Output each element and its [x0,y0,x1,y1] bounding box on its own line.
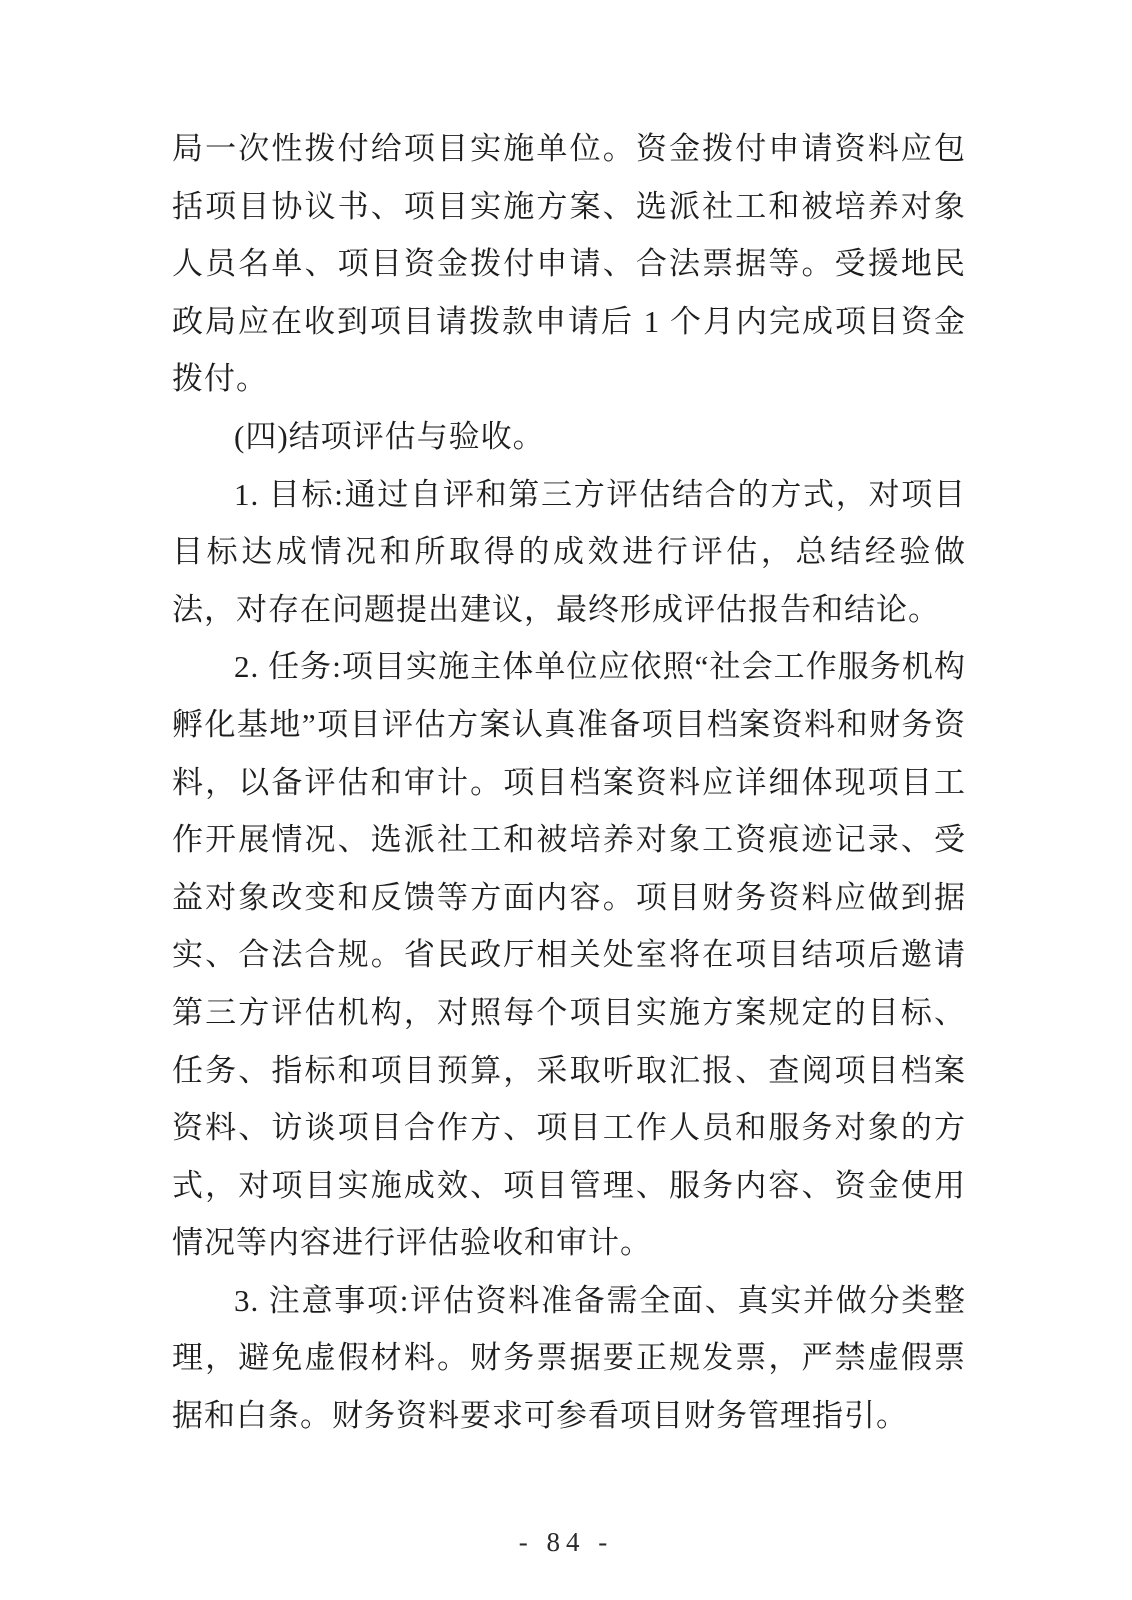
page-number: - 84 - [0,1527,1132,1558]
document-page: 局一次性拨付给项目实施单位。资金拨付申请资料应包括项目协议书、项目实施方案、选派… [0,0,1132,1600]
paragraph-item-2-task: 2. 任务:项目实施主体单位应依照“社会工作服务机构孵化基地”项目评估方案认真准… [172,638,966,1272]
paragraph-item-1-goal: 1. 目标:通过自评和第三方评估结合的方式，对项目目标达成情况和所取得的成效进行… [172,466,966,639]
document-body: 局一次性拨付给项目实施单位。资金拨付申请资料应包括项目协议书、项目实施方案、选派… [172,120,966,1445]
paragraph-funds-disbursement: 局一次性拨付给项目实施单位。资金拨付申请资料应包括项目协议书、项目实施方案、选派… [172,120,966,408]
section-heading-final-evaluation: (四)结项评估与验收。 [172,408,966,466]
paragraph-item-3-notes: 3. 注意事项:评估资料准备需全面、真实并做分类整理，避免虚假材料。财务票据要正… [172,1272,966,1445]
